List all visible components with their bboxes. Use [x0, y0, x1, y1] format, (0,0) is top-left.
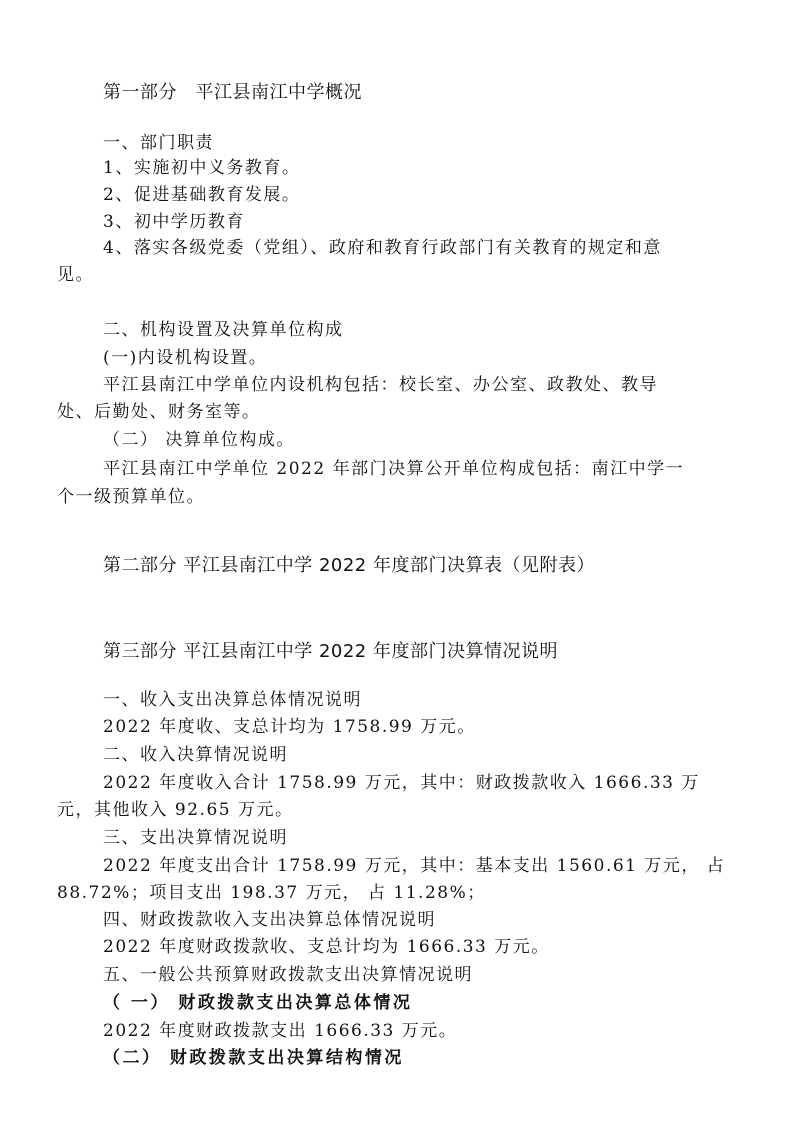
list-item: 3、初中学历教育 [103, 207, 245, 232]
subsection-heading: (一)内设机构设置。 [103, 343, 267, 368]
paragraph: 个一级预算单位。 [57, 482, 205, 507]
part2-title: 第二部分 平江县南江中学 2022 年度部门决算表（见附表） [103, 551, 595, 577]
section-heading: 三、支出决算情况说明 [103, 823, 288, 848]
paragraph: 2022 年度支出合计 1758.99 万元，其中：基本支出 1560.61 万… [103, 851, 725, 876]
part1-title: 第一部分 平江县南江中学概况 [103, 78, 362, 104]
paragraph: 2022 年度财政拨款支出 1666.33 万元。 [103, 1016, 457, 1041]
list-item: 1、实施初中义务教育。 [103, 153, 300, 178]
list-item: 2、促进基础教育发展。 [103, 180, 300, 205]
paragraph: 处、后勤处、财务室等。 [57, 397, 261, 422]
paragraph: 元，其他收入 92.65 万元。 [57, 795, 293, 820]
section-heading: 五、一般公共预算财政拨款支出决算情况说明 [103, 960, 473, 985]
section-heading: 一、收入支出决算总体情况说明 [103, 685, 362, 710]
paragraph: 平江县南江中学单位 2022 年部门决算公开单位构成包括：南江中学一 [103, 454, 684, 479]
list-item: 4、落实各级党委（党组）、政府和教育行政部门有关教育的规定和意 [103, 233, 662, 258]
subsection-heading: （二） 决算单位构成。 [103, 425, 295, 450]
section-heading: 二、机构设置及决算单位构成 [103, 315, 344, 340]
part3-title: 第三部分 平江县南江中学 2022 年度部门决算情况说明 [103, 637, 558, 663]
section-heading: 二、收入决算情况说明 [103, 740, 288, 765]
paragraph: 2022 年度财政拨款收、支总计均为 1666.33 万元。 [103, 932, 550, 957]
section-heading: 四、财政拨款收入支出决算总体情况说明 [103, 905, 436, 930]
subsection-heading-bold: （二） 财政拨款支出决算结构情况 [103, 1043, 404, 1068]
list-item-continuation: 见。 [57, 260, 94, 285]
paragraph: 2022 年度收、支总计均为 1758.99 万元。 [103, 712, 476, 737]
section-heading: 一、部门职责 [103, 128, 214, 153]
paragraph: 2022 年度收入合计 1758.99 万元，其中：财政拨款收入 1666.33… [103, 768, 700, 793]
subsection-heading-bold: （ 一） 财政拨款支出决算总体情况 [103, 988, 412, 1013]
paragraph: 88.72%；项目支出 198.37 万元， 占 11.28%； [57, 878, 486, 903]
paragraph: 平江县南江中学单位内设机构包括：校长室、办公室、政教处、教导 [103, 370, 658, 395]
